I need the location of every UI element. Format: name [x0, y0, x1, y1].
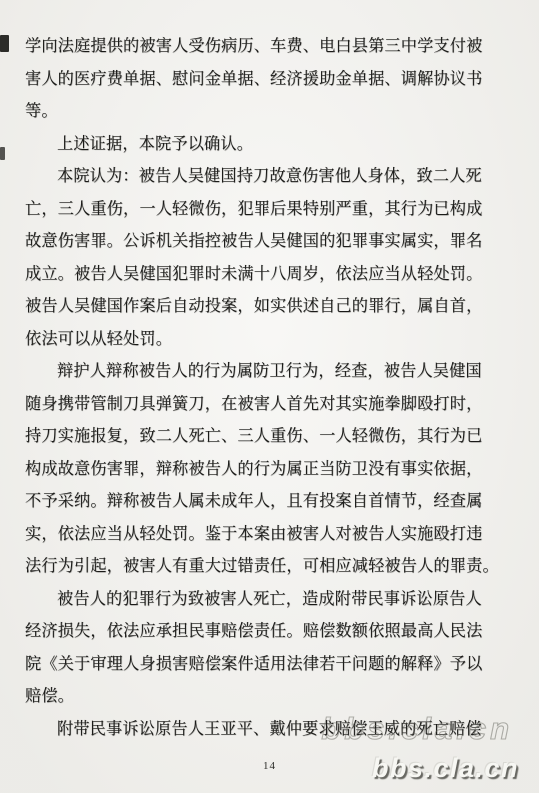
text-line: 故意伤害罪。公诉机关指控被告人吴健国的犯罪事实属实，罪名	[25, 225, 515, 258]
text-line: 亡，三人重伤，一人轻微伤，犯罪后果特别严重，其行为已构成	[25, 193, 515, 226]
watermark-ghost-outline: bbs.cla.cn	[321, 711, 513, 747]
text-line: 院《关于审理人身损害赔偿案件适用法律若干问题的解释》予以	[25, 648, 515, 681]
text-line: 上述证据，本院予以确认。	[25, 128, 515, 161]
text-line: 随身携带管制刀具弹簧刀，在被害人首先对其实施拳脚殴打时，	[25, 388, 515, 421]
text-line: 等。	[25, 95, 515, 128]
text-line: 辩护人辩称被告人的行为属防卫行为，经查，被告人吴健国	[25, 355, 515, 388]
watermark-text: bbs.cla.cn	[372, 753, 519, 784]
document-body-text: 学向法庭提供的被害人受伤病历、车费、电白县第三中学支付被害人的医疗费单据、慰问金…	[25, 30, 515, 745]
text-line: 学向法庭提供的被害人受伤病历、车费、电白县第三中学支付被	[25, 30, 515, 63]
text-line: 构成故意伤害罪，辩称被告人的行为属正当防卫没有事实依据，	[25, 453, 515, 486]
text-line: 赔偿。	[25, 680, 515, 713]
text-line: 害人的医疗费单据、慰问金单据、经济援助金单据、调解协议书	[25, 63, 515, 96]
text-line: 经济损失，依法应承担民事赔偿责任。赔偿数额依照最高人民法	[25, 615, 515, 648]
text-line: 被告人吴健国作案后自动投案，如实供述自己的罪行，属自首，	[25, 290, 515, 323]
text-line: 实，依法应当从轻处罚。鉴于本案由被害人对被告人实施殴打违	[25, 518, 515, 551]
scan-artifact-speck	[0, 147, 5, 160]
text-line: 本院认为：被告人吴健国持刀故意伤害他人身体，致二人死	[25, 160, 515, 193]
scanned-court-document-page: 学向法庭提供的被害人受伤病历、车费、电白县第三中学支付被害人的医疗费单据、慰问金…	[0, 0, 539, 793]
text-line: 不予采纳。辩称被告人属未成年人，且有投案自首情节，经查属	[25, 485, 515, 518]
text-line: 法行为引起，被害人有重大过错责任，可相应减轻被告人的罪责。	[25, 550, 515, 583]
text-line: 依法可以从轻处罚。	[25, 323, 515, 356]
text-line: 成立。被告人吴健国犯罪时未满十八周岁，依法应当从轻处罚。	[25, 258, 515, 291]
text-line: 持刀实施报复，致二人死亡、三人重伤、一人轻微伤，其行为已	[25, 420, 515, 453]
text-line: 被告人的犯罪行为致被害人死亡，造成附带民事诉讼原告人	[25, 583, 515, 616]
scan-artifact-speck	[0, 35, 9, 52]
